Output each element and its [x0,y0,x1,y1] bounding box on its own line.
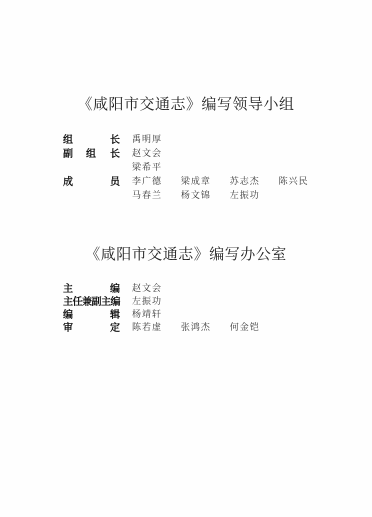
member-name: 何金铠 [230,322,273,335]
member-name: 梁成章 [181,176,224,189]
member-names: 赵文会 [132,283,178,296]
role-label: 主任兼副主编 [63,296,123,309]
member-name: 杨文锦 [181,190,224,203]
role-label: 编 辑 [63,309,123,322]
member-name: 张鸿杰 [181,322,224,335]
member-name: 陈若虚 [132,322,175,335]
editorial-office-title: 《咸阳市交通志》编写办公室 [0,243,372,264]
role-label: 组 长 [63,134,123,147]
member-name: 禹明厚 [132,134,175,147]
member-names: 李广德 梁成章 苏志杰 陈兴民 [132,176,325,189]
role-label: 成 员 [63,176,123,189]
member-names: 陈若虚 张鸿杰 何金铠 [132,322,276,335]
member-name: 杨靖轩 [132,309,175,322]
member-name: 马春兰 [132,190,175,203]
member-names: 马春兰 杨文锦 左振功 [132,190,276,203]
member-names: 梁希平 [132,162,178,175]
member-name: 梁希平 [132,162,175,175]
role-label: 审 定 [63,322,123,335]
member-name: 赵文会 [132,148,175,161]
role-label: 副 组 长 [63,148,123,161]
member-names: 禹明厚 [132,134,178,147]
role-label: 主 编 [63,283,123,296]
member-name: 李广德 [132,176,175,189]
member-name: 赵文会 [132,283,175,296]
member-names: 赵文会 [132,148,178,161]
member-name: 左振功 [230,190,273,203]
member-name: 左振功 [132,296,175,309]
member-names: 左振功 [132,296,178,309]
leadership-group-title: 《咸阳市交通志》编写领导小组 [0,93,372,114]
member-name: 苏志杰 [230,176,273,189]
member-names: 杨靖轩 [132,309,178,322]
member-name: 陈兴民 [279,176,322,189]
